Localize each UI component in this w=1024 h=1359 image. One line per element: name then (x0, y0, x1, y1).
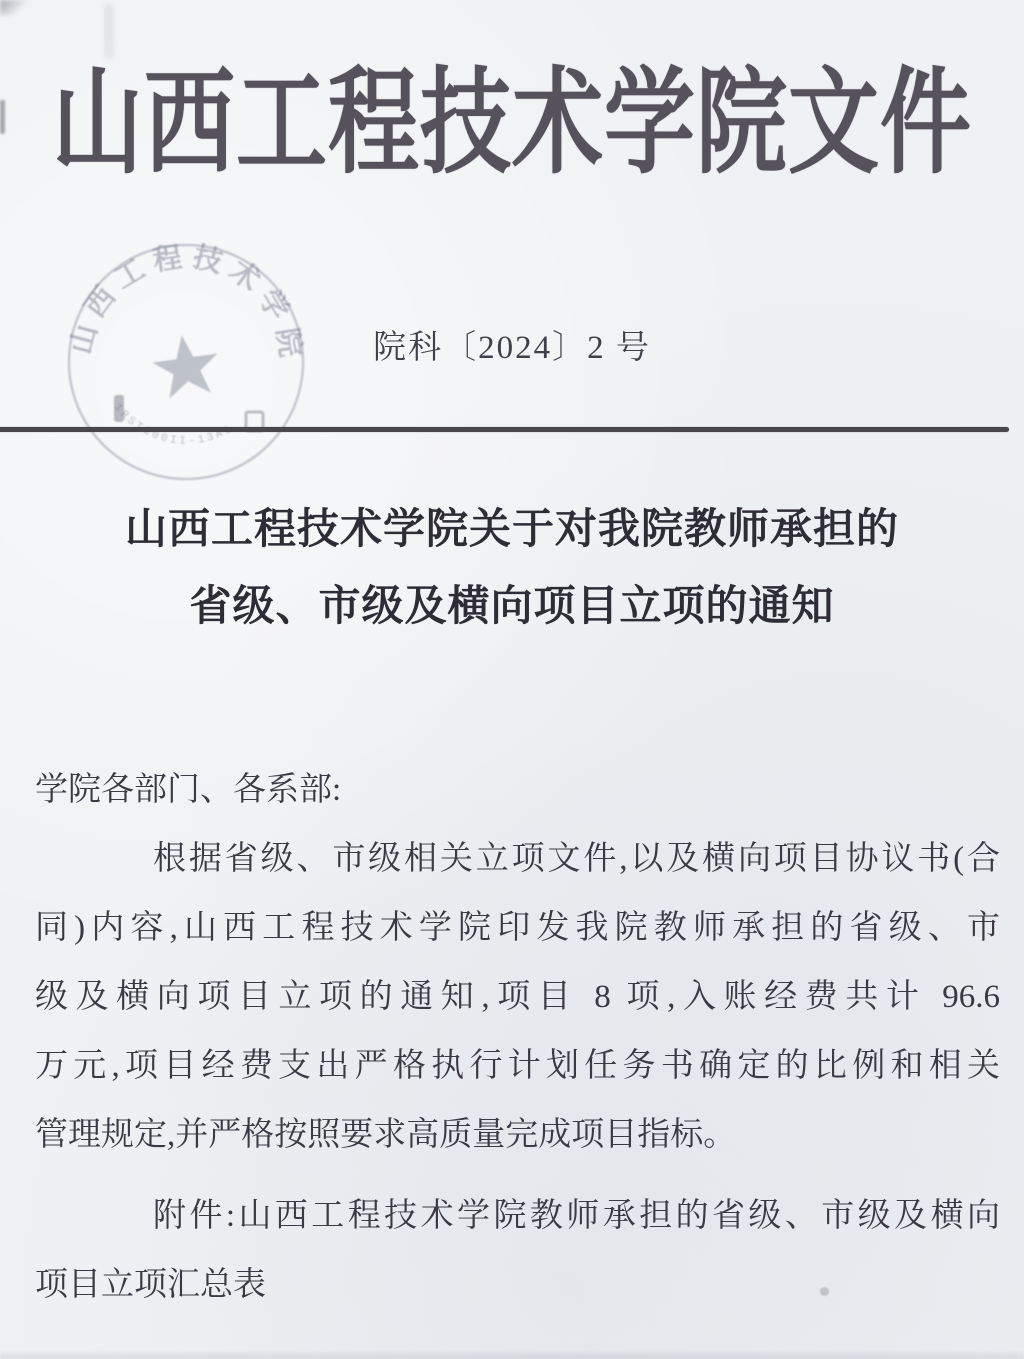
letterhead-title: 山西工程技术学院文件 (0, 66, 1024, 181)
body-line: 同)内容,山西工程技术学院印发我院教师承担的省级、市 (35, 894, 1000, 963)
scan-streak (104, 4, 114, 58)
scan-smudge (0, 0, 30, 15)
seal-star-icon (149, 331, 223, 401)
body-line: 根据省级、市级相关立项文件,以及横向项目协议书(合 (35, 825, 1000, 894)
body-line: 级及横向项目立项的通知,项目 8 项,入账经费共计 96.6 (35, 963, 1000, 1032)
scan-bottom-shadow (0, 1350, 1024, 1359)
notice-title-line-1: 山西工程技术学院关于对我院教师承担的 (0, 492, 1024, 569)
attachment-line: 附件:山西工程技术学院教师承担的省级、市级及横向 (35, 1182, 1000, 1251)
header-divider-rule (0, 427, 1009, 432)
official-seal-stamp: 山西工程技术学院 1RSTC00II-13A1 (64, 240, 308, 484)
seal-code-text: 1RSTC00II-13A1 (111, 402, 236, 448)
scanned-document-page: 山西工程技术学院文件 山西工程技术学院 1RSTC00II-13A1 院科〔20… (0, 0, 1024, 1359)
seal-inner-mark (114, 395, 124, 422)
document-body: 学院各部门、各系部: 根据省级、市级相关立项文件,以及横向项目协议书(合 同)内… (35, 756, 1000, 1320)
attachment-line: 项目立项汇总表 (35, 1251, 1000, 1320)
body-line: 万元,项目经费支出严格执行计划任务书确定的比例和相关 (35, 1032, 1000, 1101)
svg-text:1RSTC00II-13A1: 1RSTC00II-13A1 (111, 402, 236, 448)
body-line: 管理规定,并严格按照要求高质量完成项目指标。 (35, 1101, 1000, 1170)
notice-title-line-2: 省级、市级及横向项目立项的通知 (0, 569, 1024, 646)
notice-title: 山西工程技术学院关于对我院教师承担的 省级、市级及横向项目立项的通知 (0, 492, 1024, 646)
salutation-line: 学院各部门、各系部: (35, 756, 1000, 825)
attachment-block: 附件:山西工程技术学院教师承担的省级、市级及横向 项目立项汇总表 (35, 1182, 1000, 1320)
